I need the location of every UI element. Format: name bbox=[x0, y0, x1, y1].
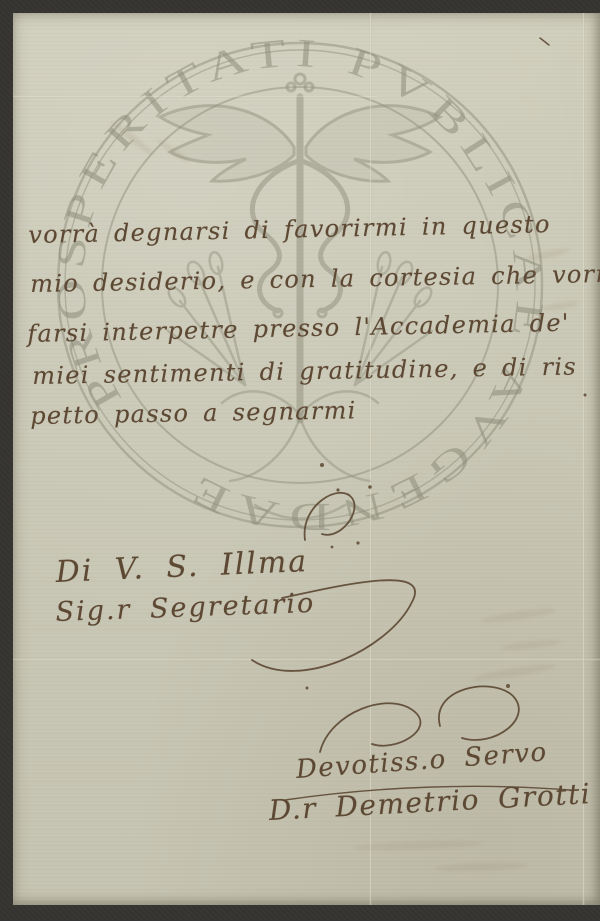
ink-bleedthrough bbox=[481, 606, 557, 625]
ink-flourish bbox=[439, 686, 519, 740]
ink-bleedthrough bbox=[501, 638, 562, 652]
manuscript-paper: PROSPERITATI PVBLICAE AVGENDAE bbox=[13, 13, 600, 905]
scanned-document: PROSPERITATI PVBLICAE AVGENDAE bbox=[0, 0, 600, 921]
closing-addressee: Di V. S. Illma bbox=[55, 544, 309, 590]
ink-bleedthrough bbox=[471, 661, 556, 683]
fold-crease-horizontal-lower bbox=[13, 658, 600, 661]
signature-name: D.r Demetrio Grotti bbox=[268, 777, 592, 827]
fold-crease-vertical-right bbox=[582, 13, 585, 905]
ink-bleedthrough bbox=[433, 861, 528, 872]
ink-bleedthrough bbox=[353, 839, 483, 853]
closing-title: Sig.r Segretario bbox=[55, 588, 316, 628]
manuscript-line-5: petto passo a segnarmi bbox=[30, 396, 357, 450]
signature-valediction: Devotiss.o Servo bbox=[295, 737, 549, 785]
fold-crease-horizontal-top bbox=[13, 95, 377, 98]
